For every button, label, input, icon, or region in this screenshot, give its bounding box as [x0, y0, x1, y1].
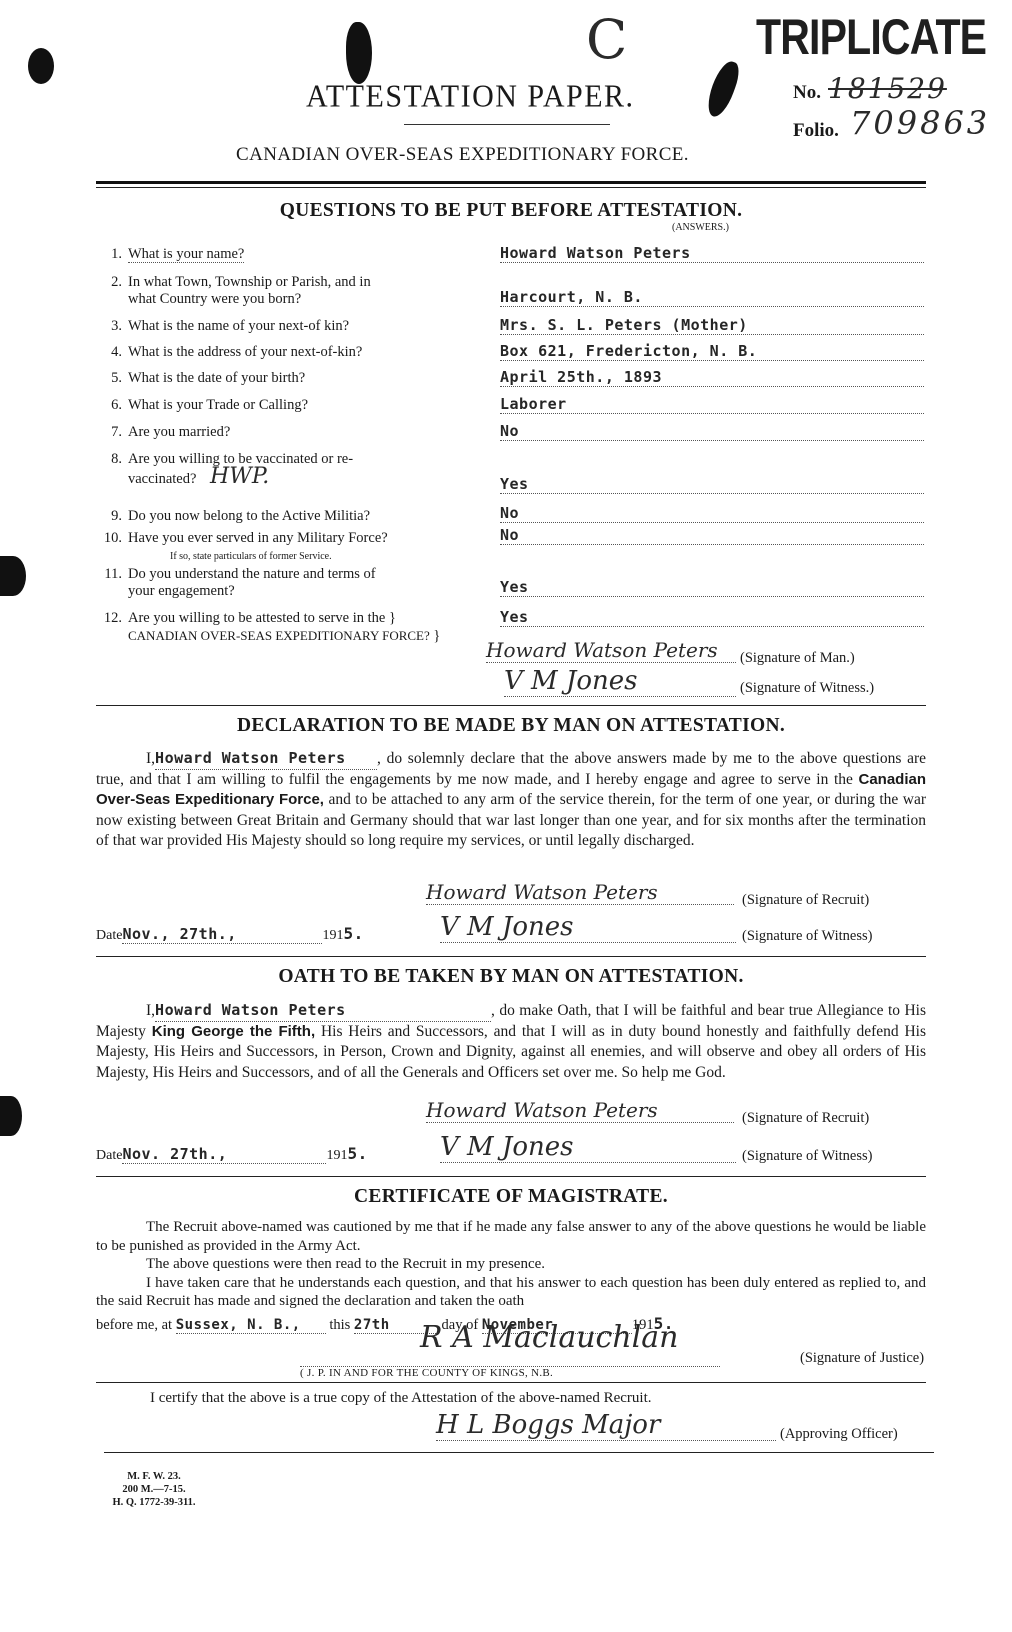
oath-body: I,Howard Watson Peters, do make Oath, th…	[96, 1000, 926, 1083]
question-10: 10.Have you ever served in any Military …	[96, 530, 496, 565]
rule-declaration-top	[96, 705, 926, 706]
approving-officer-signature[interactable]: H L Boggs Major	[436, 1410, 776, 1441]
answer-9-field[interactable]: No	[500, 504, 924, 523]
signature-of-justice-label: (Signature of Justice)	[800, 1350, 924, 1367]
oath-signature-recruit-label: (Signature of Recruit)	[742, 1110, 869, 1127]
question-10-note: If so, state particulars of former Servi…	[170, 551, 332, 562]
answer-3-field[interactable]: Mrs. S. L. Peters (Mother)	[500, 316, 924, 335]
oath-signature-witness-label: (Signature of Witness)	[742, 1148, 872, 1165]
oath-heading: OATH TO BE TAKEN BY MAN ON ATTESTATION.	[96, 966, 926, 988]
question-4: 4.What is the address of your next-of-ki…	[96, 344, 496, 361]
answer-6-field[interactable]: Laborer	[500, 395, 924, 414]
oath-signature-witness[interactable]: V M Jones	[440, 1132, 736, 1163]
rule-oath-top	[96, 956, 926, 957]
oath-signature-recruit[interactable]: Howard Watson Peters	[426, 1098, 734, 1123]
answer-8-field[interactable]: Yes	[500, 475, 924, 494]
punch-hole-left-low	[0, 1096, 22, 1136]
declaration-signature-recruit-label: (Signature of Recruit)	[742, 892, 869, 909]
declaration-date-row: DateNov., 27th.,1915.	[96, 924, 364, 944]
header-rule-thick	[96, 181, 926, 184]
signature-of-man[interactable]: Howard Watson Peters	[486, 638, 736, 663]
answer-1-field[interactable]: Howard Watson Peters	[500, 244, 924, 263]
triplicate-stamp: TRIPLICATE	[756, 8, 986, 66]
certification-text: I certify that the above is a true copy …	[150, 1390, 652, 1407]
question-5: 5.What is the date of your birth?	[96, 370, 496, 387]
answer-11-field[interactable]: Yes	[500, 578, 924, 597]
declaration-body: I,Howard Watson Peters, do solemnly decl…	[96, 748, 926, 852]
answer-2-field[interactable]: Harcourt, N. B.	[500, 288, 924, 307]
question-7: 7.Are you married?	[96, 424, 496, 441]
answers-label: (ANSWERS.)	[672, 222, 729, 233]
question-2: 2.In what Town, Township or Parish, and …	[96, 274, 496, 308]
answer-7-field[interactable]: No	[500, 422, 924, 441]
question-8: 8.Are you willing to be vaccinated or re…	[96, 451, 496, 488]
declaration-heading: DECLARATION TO BE MADE BY MAN ON ATTESTA…	[96, 715, 926, 737]
approving-officer-label: (Approving Officer)	[780, 1426, 898, 1443]
question-9: 9.Do you now belong to the Active Militi…	[96, 508, 496, 525]
justice-title: ( J. P. IN AND FOR THE COUNTY OF KINGS, …	[300, 1366, 720, 1379]
answer-12-field[interactable]: Yes	[500, 608, 924, 627]
punch-hole-left-mid	[0, 556, 26, 596]
form-code: M. F. W. 23. 200 M.—7-15. H. Q. 1772-39-…	[104, 1470, 204, 1509]
answer-10-field[interactable]: No	[500, 526, 924, 545]
question-12: 12.Are you willing to be attested to ser…	[96, 610, 496, 645]
signature-of-witness-q-label: (Signature of Witness.)	[740, 680, 874, 697]
vaccination-initials: HWP.	[210, 464, 269, 489]
magistrate-heading: CERTIFICATE OF MAGISTRATE.	[96, 1186, 926, 1208]
number-value-struck: 181529	[828, 72, 947, 105]
signature-of-justice[interactable]: R A Maclauchlan	[420, 1320, 678, 1355]
magistrate-place-field[interactable]: Sussex, N. B.,	[176, 1317, 326, 1334]
punch-hole-left-top	[28, 48, 54, 84]
declaration-name-field[interactable]: Howard Watson Peters	[155, 748, 377, 770]
signature-of-man-label: (Signature of Man.)	[740, 650, 855, 667]
question-6: 6.What is your Trade or Calling?	[96, 397, 496, 414]
rule-magistrate-top	[96, 1176, 926, 1177]
declaration-signature-witness[interactable]: V M Jones	[440, 912, 736, 943]
folio-label: Folio.	[793, 120, 839, 142]
ink-blot-2	[703, 58, 744, 120]
oath-date-field[interactable]: Nov. 27th.,	[122, 1145, 326, 1164]
answer-4-field[interactable]: Box 621, Fredericton, N. B.	[500, 342, 924, 361]
folio-value: 709863	[850, 104, 990, 142]
oath-date-row: DateNov. 27th.,1915.	[96, 1144, 368, 1164]
signature-of-witness-q[interactable]: V M Jones	[504, 666, 736, 697]
oath-name-field[interactable]: Howard Watson Peters	[155, 1000, 491, 1022]
answer-5-field[interactable]: April 25th., 1893	[500, 368, 924, 387]
question-11: 11.Do you understand the nature and term…	[96, 566, 496, 600]
magistrate-body: The Recruit above-named was cautioned by…	[96, 1218, 926, 1311]
handwritten-mark: C	[586, 8, 627, 71]
declaration-date-field[interactable]: Nov., 27th.,	[122, 925, 322, 944]
title-ornament	[404, 124, 610, 125]
questions-heading: QUESTIONS TO BE PUT BEFORE ATTESTATION.	[96, 200, 926, 222]
number-label: No.	[793, 82, 821, 104]
declaration-signature-recruit[interactable]: Howard Watson Peters	[426, 880, 734, 905]
rule-footer-top	[104, 1452, 934, 1453]
question-1: 1.What is your name?	[96, 246, 496, 263]
ink-blot-1	[346, 22, 372, 84]
header-rule-thin	[96, 187, 926, 188]
question-3: 3.What is the name of your next-of kin?	[96, 318, 496, 335]
declaration-signature-witness-label: (Signature of Witness)	[742, 928, 872, 945]
rule-certify-top	[96, 1382, 926, 1383]
document-subtitle: CANADIAN OVER-SEAS EXPEDITIONARY FORCE.	[236, 144, 689, 166]
document-title: ATTESTATION PAPER.	[306, 79, 635, 115]
